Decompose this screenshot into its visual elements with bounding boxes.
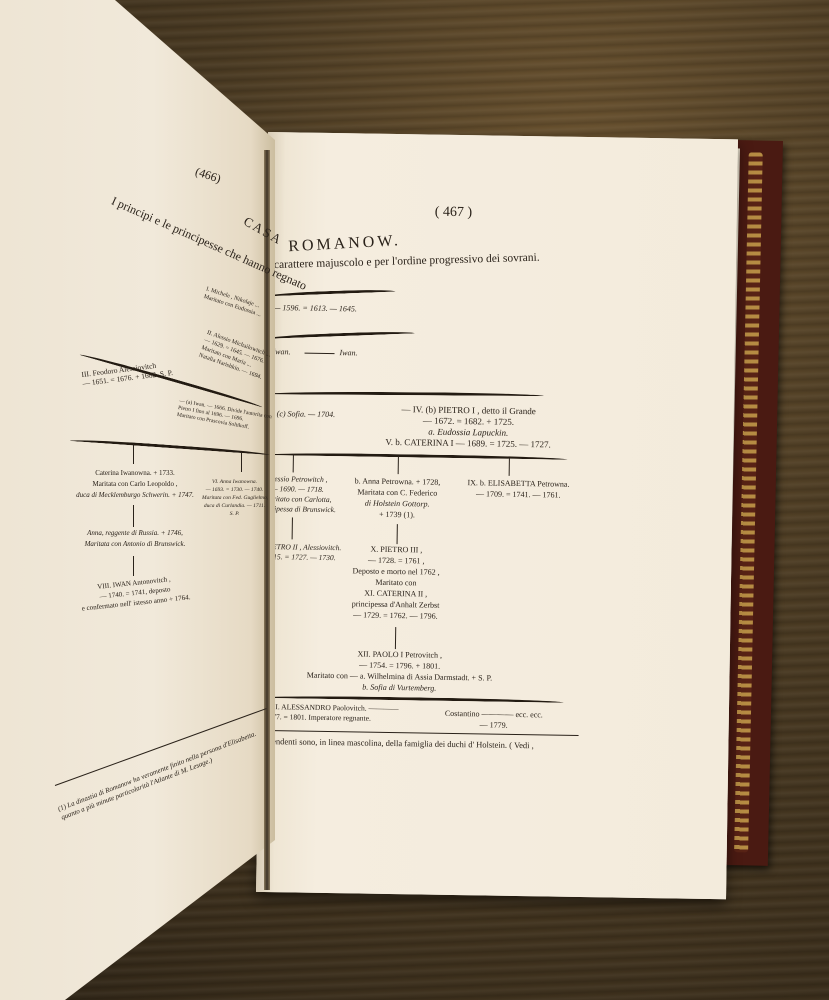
anna-ivanovna-entry: VI. Anna Iwanowna. — 1693. = 1730. — 174…: [202, 478, 267, 518]
left-page-content: (466) I principi e le principesse che ha…: [0, 0, 300, 1000]
feodoro-entry: III. Feodoro Alessiovitch — 1651. = 1676…: [81, 359, 173, 388]
line: Maritata con Carlo Leopoldo ,: [70, 479, 200, 490]
tree-line: [133, 556, 134, 576]
line: b. Anna Petrowna. + 1728,: [337, 475, 457, 488]
line: Maritata con Fed. Guglielmo,: [202, 494, 267, 502]
line: duca di Mecklemburgo Schwerin. + 1747.: [70, 490, 200, 501]
line: duca di Curlandia. — 1711.: [202, 502, 267, 510]
subtitle: carattere majuscolo e per l'ordine progr…: [274, 253, 540, 271]
anna-reggente-entry: Anna, reggente di Russia. + 1746, Marita…: [75, 528, 195, 550]
line: quanto a più minute particolarità l'Atla…: [60, 738, 261, 822]
brace: [264, 391, 544, 396]
paolo-i: XII. PAOLO I Petrovitch , — 1754. = 1796…: [279, 647, 520, 695]
iwan-entry: — (a) Iwan. — 1666. Divide l'autorita co…: [176, 398, 272, 435]
brace: [70, 438, 270, 455]
tree-line: [133, 444, 134, 464]
michele-entry: I. Michele , Nikolaje ... Maritato con E…: [203, 285, 265, 319]
line: Anna, reggente di Russia. + 1746,: [75, 528, 195, 539]
caterina-iwanowna-entry: Caterina Iwanowna. + 1733. Maritata con …: [70, 468, 200, 501]
iwan-name: Iwan.: [339, 347, 357, 358]
brace: [263, 452, 568, 460]
connector-rule: [305, 353, 335, 354]
anna-petrowna: b. Anna Petrowna. + 1728, Maritata con C…: [337, 475, 458, 521]
line: (1) La dinastia di Romanow ha veramente …: [57, 730, 258, 814]
line: + 1739 (1).: [337, 508, 457, 521]
footnote: (1) La dinastia di Romanow ha veramente …: [57, 730, 261, 823]
iwan-antonovitch-entry: VIII. IWAN Antonovitch , — 1740. = 1741,…: [69, 571, 201, 614]
pietro-i: — IV. (b) PIETRO I , detto il Grande — 1…: [353, 403, 584, 451]
tree-line: [133, 505, 134, 527]
page-title: ROMANOW.: [288, 235, 401, 252]
caterina-i: V. b. CATERINA I — 1689. = 1725. — 1727.: [353, 436, 583, 451]
tree-line: [398, 456, 399, 474]
line: S. P.: [202, 510, 267, 518]
line: Maritata con Antonio di Brunswick.: [75, 539, 195, 550]
tree-line: [509, 458, 510, 476]
line: — 1709. = 1741. — 1761.: [458, 488, 578, 501]
alessio-entry: II. Alessio Michailowitch ... — 1629. = …: [198, 329, 272, 382]
line: Deposto e morto nel 1762 ,: [336, 565, 456, 578]
page-number-left: (466): [194, 166, 222, 184]
brace: [259, 695, 564, 703]
line: — 1779.: [419, 718, 569, 731]
costantino: Costantino ———— ecc. ecc. — 1779.: [419, 707, 569, 731]
line: — 1693. = 1730. — 1740.: [202, 486, 267, 494]
tree-line: [241, 452, 242, 472]
line: — 1729. = 1762. — 1796.: [335, 609, 455, 622]
right-page: ( 467 ) ROMANOW. carattere majuscolo e p…: [256, 132, 738, 899]
line: VI. Anna Iwanowna.: [202, 478, 267, 486]
pietro-iii: X. PIETRO III , — 1728. = 1761 , Deposto…: [335, 543, 456, 622]
gilt-border: [734, 152, 763, 852]
tree-line: [397, 524, 398, 544]
line: Caterina Iwanowna. + 1733.: [70, 468, 200, 479]
elisabetta: IX. b. ELISABETTA Petrowna. — 1709. = 17…: [458, 477, 578, 501]
page-number-right: ( 467 ): [435, 207, 472, 219]
tree-line: [395, 627, 396, 649]
title-fragment: CASA: [242, 215, 284, 246]
